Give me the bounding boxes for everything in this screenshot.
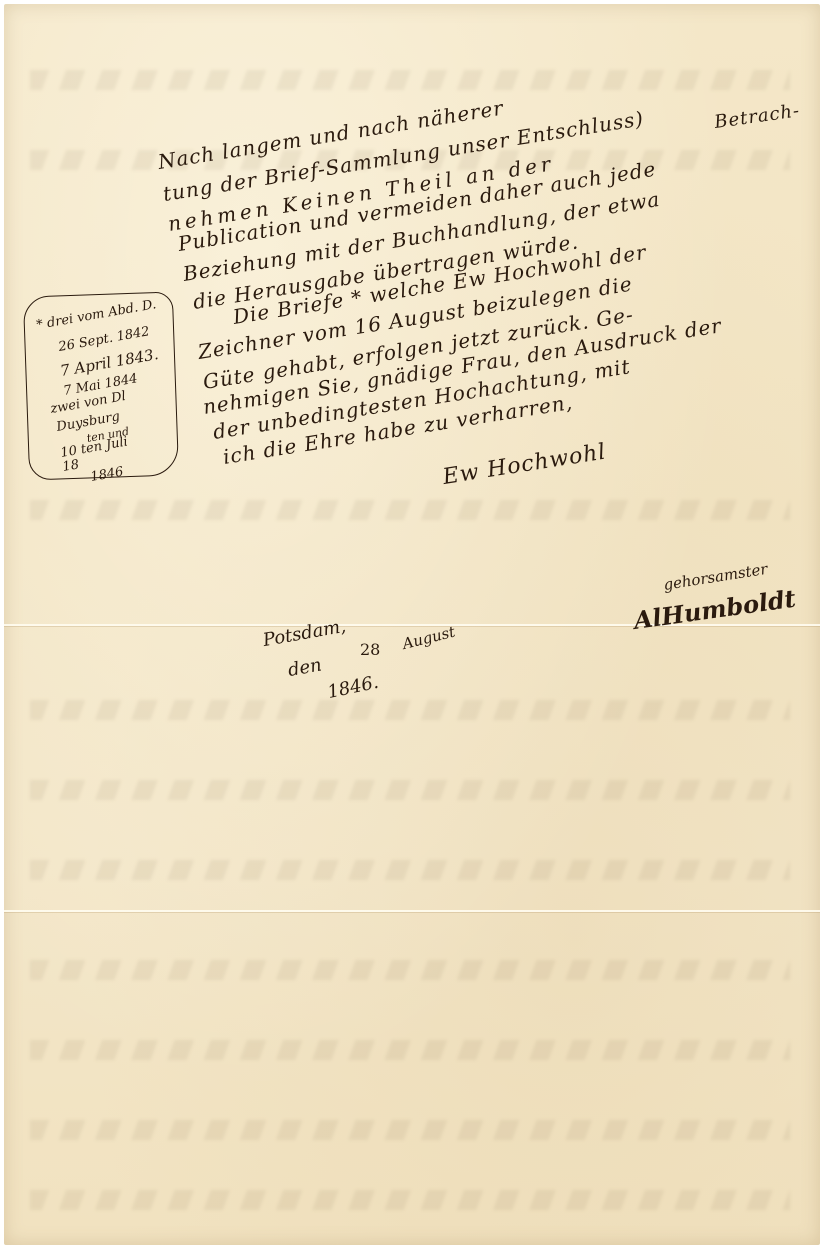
- bleed-through: [30, 500, 790, 520]
- bleed-through: [30, 1040, 790, 1060]
- bleed-through: [30, 860, 790, 880]
- bleed-through: [30, 1190, 790, 1210]
- date-day: 28: [360, 640, 380, 659]
- bleed-through: [30, 780, 790, 800]
- fold-line: [4, 910, 820, 912]
- margin-note-line: 18: [61, 457, 80, 475]
- bleed-through: [30, 70, 790, 90]
- bleed-through: [30, 1120, 790, 1140]
- bleed-through: [30, 960, 790, 980]
- bleed-through: [30, 700, 790, 720]
